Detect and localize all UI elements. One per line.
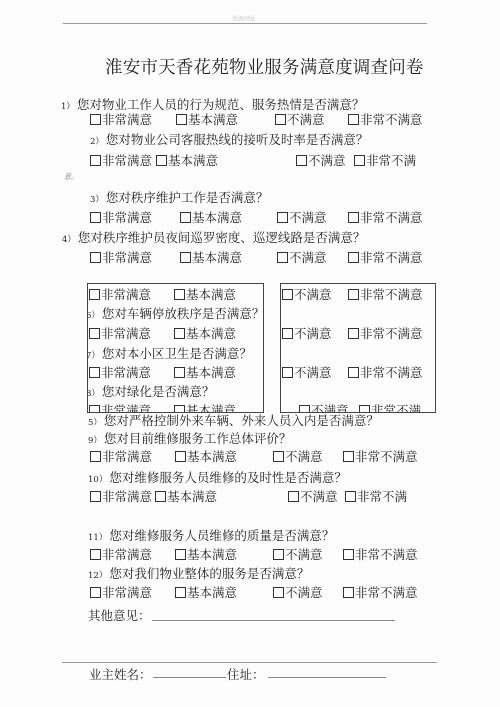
left-text-frame: 非常满意 基本满意 6）您对车辆停放秩序是否满意？ 非常满意 基本满意 7）您对… bbox=[87, 283, 264, 413]
checkbox-icon[interactable] bbox=[89, 367, 100, 378]
q12-option-unsatisfied[interactable]: 不满意 bbox=[273, 583, 323, 601]
q4-option-unsatisfied[interactable]: 不满意 bbox=[277, 248, 327, 266]
q11-option-basically-satisfied[interactable]: 基本满意 bbox=[175, 545, 237, 563]
q11-option-very-unsatisfied[interactable]: 非常不满意 bbox=[343, 545, 418, 563]
q3-option-basically-satisfied[interactable]: 基本满意 bbox=[180, 208, 242, 226]
question-7: 7）您对本小区卫生是否满意？ bbox=[87, 344, 252, 362]
q4-option-very-satisfied[interactable]: 非常满意 bbox=[90, 248, 152, 266]
question-8: 8）您对绿化是否满意？ bbox=[87, 382, 214, 400]
q12-option-very-unsatisfied[interactable]: 非常不满意 bbox=[343, 583, 418, 601]
checkbox-icon[interactable] bbox=[174, 289, 185, 300]
q6-option-basically-satisfied[interactable]: 基本满意 bbox=[174, 324, 236, 342]
checkbox-icon[interactable] bbox=[354, 155, 365, 166]
checkbox-icon[interactable] bbox=[348, 212, 359, 223]
q6-option-very-unsatisfied[interactable]: 非常不满意 bbox=[348, 324, 423, 342]
checkbox-icon[interactable] bbox=[277, 212, 288, 223]
checkbox-icon[interactable] bbox=[288, 491, 299, 502]
checkbox-icon[interactable] bbox=[348, 114, 359, 125]
checkbox-icon[interactable] bbox=[180, 212, 191, 223]
checkbox-icon[interactable] bbox=[282, 328, 293, 339]
question-5: 5）您对严格控制外来车辆、外来人员入内是否满意？ bbox=[88, 411, 379, 429]
right-text-frame: 不满意 非常不满意 不满意 非常不满意 不满意 非常不满意 不满意 非常不满 bbox=[280, 283, 436, 413]
question-9: 9）您对目前维修服务工作总体评价？ bbox=[88, 429, 291, 447]
checkbox-icon[interactable] bbox=[348, 328, 359, 339]
q11-option-very-satisfied[interactable]: 非常满意 bbox=[90, 545, 152, 563]
checkbox-icon[interactable] bbox=[275, 114, 286, 125]
other-opinions-input-line[interactable] bbox=[152, 620, 395, 621]
question-2: 2）您对物业公司客服热线的接听及时率是否满意？ bbox=[90, 130, 368, 148]
footer-divider bbox=[62, 662, 437, 663]
q3-option-unsatisfied[interactable]: 不满意 bbox=[277, 208, 327, 226]
q2-option-very-unsatisfied[interactable]: 非常不满 bbox=[354, 151, 416, 169]
checkbox-icon[interactable] bbox=[296, 155, 307, 166]
checkbox-icon[interactable] bbox=[90, 491, 101, 502]
checkbox-icon[interactable] bbox=[180, 252, 191, 263]
checkbox-icon[interactable] bbox=[89, 328, 100, 339]
checkbox-icon[interactable] bbox=[273, 549, 284, 560]
owner-name-label: 业主姓名： bbox=[89, 665, 152, 683]
checkbox-icon[interactable] bbox=[90, 451, 101, 462]
checkbox-icon[interactable] bbox=[343, 549, 354, 560]
q1-option-unsatisfied[interactable]: 不满意 bbox=[275, 110, 325, 128]
checkbox-icon[interactable] bbox=[282, 289, 293, 300]
q10-option-basically-satisfied[interactable]: 基本满意 bbox=[155, 487, 217, 505]
q6-option-very-satisfied[interactable]: 非常满意 bbox=[89, 324, 151, 342]
address-input-line[interactable] bbox=[268, 677, 386, 678]
owner-name-input-line[interactable] bbox=[153, 677, 226, 678]
question-12: 12）您对我们物业整体的服务是否满意？ bbox=[88, 564, 309, 582]
checkbox-icon[interactable] bbox=[90, 114, 101, 125]
q7-option-very-unsatisfied[interactable]: 非常不满意 bbox=[348, 363, 423, 381]
q5-option-very-satisfied[interactable]: 非常满意 bbox=[89, 285, 151, 303]
question-11: 11）您对维修服务人员维修的质量是否满意？ bbox=[88, 526, 334, 544]
q10-option-unsatisfied[interactable]: 不满意 bbox=[288, 487, 338, 505]
q1-option-very-satisfied[interactable]: 非常满意 bbox=[90, 110, 152, 128]
checkbox-icon[interactable] bbox=[348, 252, 359, 263]
checkbox-icon[interactable] bbox=[90, 587, 101, 598]
checkbox-icon[interactable] bbox=[343, 451, 354, 462]
q9-option-basically-satisfied[interactable]: 基本满意 bbox=[175, 447, 237, 465]
q2-option-unsatisfied[interactable]: 不满意 bbox=[296, 151, 346, 169]
question-4: 4）您对秩序维护员夜间巡罗密度、巡逻线路是否满意？ bbox=[62, 228, 365, 246]
q3-option-very-satisfied[interactable]: 非常满意 bbox=[90, 208, 152, 226]
header-divider bbox=[63, 23, 427, 24]
q7-option-basically-satisfied[interactable]: 基本满意 bbox=[174, 363, 236, 381]
stray-text: 意。 bbox=[64, 172, 78, 182]
checkbox-icon[interactable] bbox=[277, 252, 288, 263]
q7-option-unsatisfied[interactable]: 不满意 bbox=[282, 363, 332, 381]
q2-option-very-satisfied[interactable]: 非常满意 bbox=[90, 151, 152, 169]
checkbox-icon[interactable] bbox=[90, 155, 101, 166]
checkbox-icon[interactable] bbox=[175, 587, 186, 598]
page-title: 淮安市天香花苑物业服务满意度调查问卷 bbox=[105, 54, 424, 79]
q4-option-very-unsatisfied[interactable]: 非常不满意 bbox=[348, 248, 423, 266]
q5-option-very-unsatisfied[interactable]: 非常不满意 bbox=[348, 285, 423, 303]
checkbox-icon[interactable] bbox=[273, 451, 284, 462]
checkbox-icon[interactable] bbox=[348, 367, 359, 378]
checkbox-icon[interactable] bbox=[90, 212, 101, 223]
question-10: 10）您对维修服务人员维修的及时性是否满意？ bbox=[88, 468, 347, 486]
other-opinions-label: 其他意见： bbox=[88, 606, 151, 624]
q12-option-very-satisfied[interactable]: 非常满意 bbox=[90, 583, 152, 601]
checkbox-icon[interactable] bbox=[174, 367, 185, 378]
q11-option-unsatisfied[interactable]: 不满意 bbox=[273, 545, 323, 563]
checkbox-icon[interactable] bbox=[348, 289, 359, 300]
page-header-text: 资源网址 bbox=[232, 14, 256, 23]
checkbox-icon[interactable] bbox=[90, 252, 101, 263]
question-3: 3）您对秩序维护工作是否满意？ bbox=[90, 188, 268, 206]
q1-option-basically-satisfied[interactable]: 基本满意 bbox=[176, 110, 238, 128]
checkbox-icon[interactable] bbox=[155, 491, 166, 502]
checkbox-icon[interactable] bbox=[273, 587, 284, 598]
q9-option-very-satisfied[interactable]: 非常满意 bbox=[90, 447, 152, 465]
q10-option-very-unsatisfied[interactable]: 非常不满 bbox=[345, 487, 407, 505]
checkbox-icon[interactable] bbox=[175, 451, 186, 462]
checkbox-icon[interactable] bbox=[156, 155, 167, 166]
checkbox-icon[interactable] bbox=[89, 289, 100, 300]
checkbox-icon[interactable] bbox=[175, 549, 186, 560]
q7-option-very-satisfied[interactable]: 非常满意 bbox=[89, 363, 151, 381]
q2-option-basically-satisfied[interactable]: 基本满意 bbox=[156, 151, 218, 169]
q4-option-basically-satisfied[interactable]: 基本满意 bbox=[180, 248, 242, 266]
checkbox-icon[interactable] bbox=[345, 491, 356, 502]
checkbox-icon[interactable] bbox=[176, 114, 187, 125]
q12-option-basically-satisfied[interactable]: 基本满意 bbox=[175, 583, 237, 601]
question-6: 6）您对车辆停放秩序是否满意？ bbox=[87, 304, 264, 322]
address-label: 住址： bbox=[227, 665, 265, 683]
q5-option-basically-satisfied[interactable]: 基本满意 bbox=[174, 285, 236, 303]
q9-option-very-unsatisfied[interactable]: 非常不满意 bbox=[343, 447, 418, 465]
q1-option-very-unsatisfied[interactable]: 非常不满意 bbox=[348, 110, 423, 128]
q3-option-very-unsatisfied[interactable]: 非常不满意 bbox=[348, 208, 423, 226]
q9-option-unsatisfied[interactable]: 不满意 bbox=[273, 447, 323, 465]
checkbox-icon[interactable] bbox=[174, 328, 185, 339]
checkbox-icon[interactable] bbox=[343, 587, 354, 598]
q6-option-unsatisfied[interactable]: 不满意 bbox=[282, 324, 332, 342]
q10-option-very-satisfied[interactable]: 非常满意 bbox=[90, 487, 152, 505]
checkbox-icon[interactable] bbox=[282, 367, 293, 378]
q5-option-unsatisfied[interactable]: 不满意 bbox=[282, 285, 332, 303]
checkbox-icon[interactable] bbox=[90, 549, 101, 560]
